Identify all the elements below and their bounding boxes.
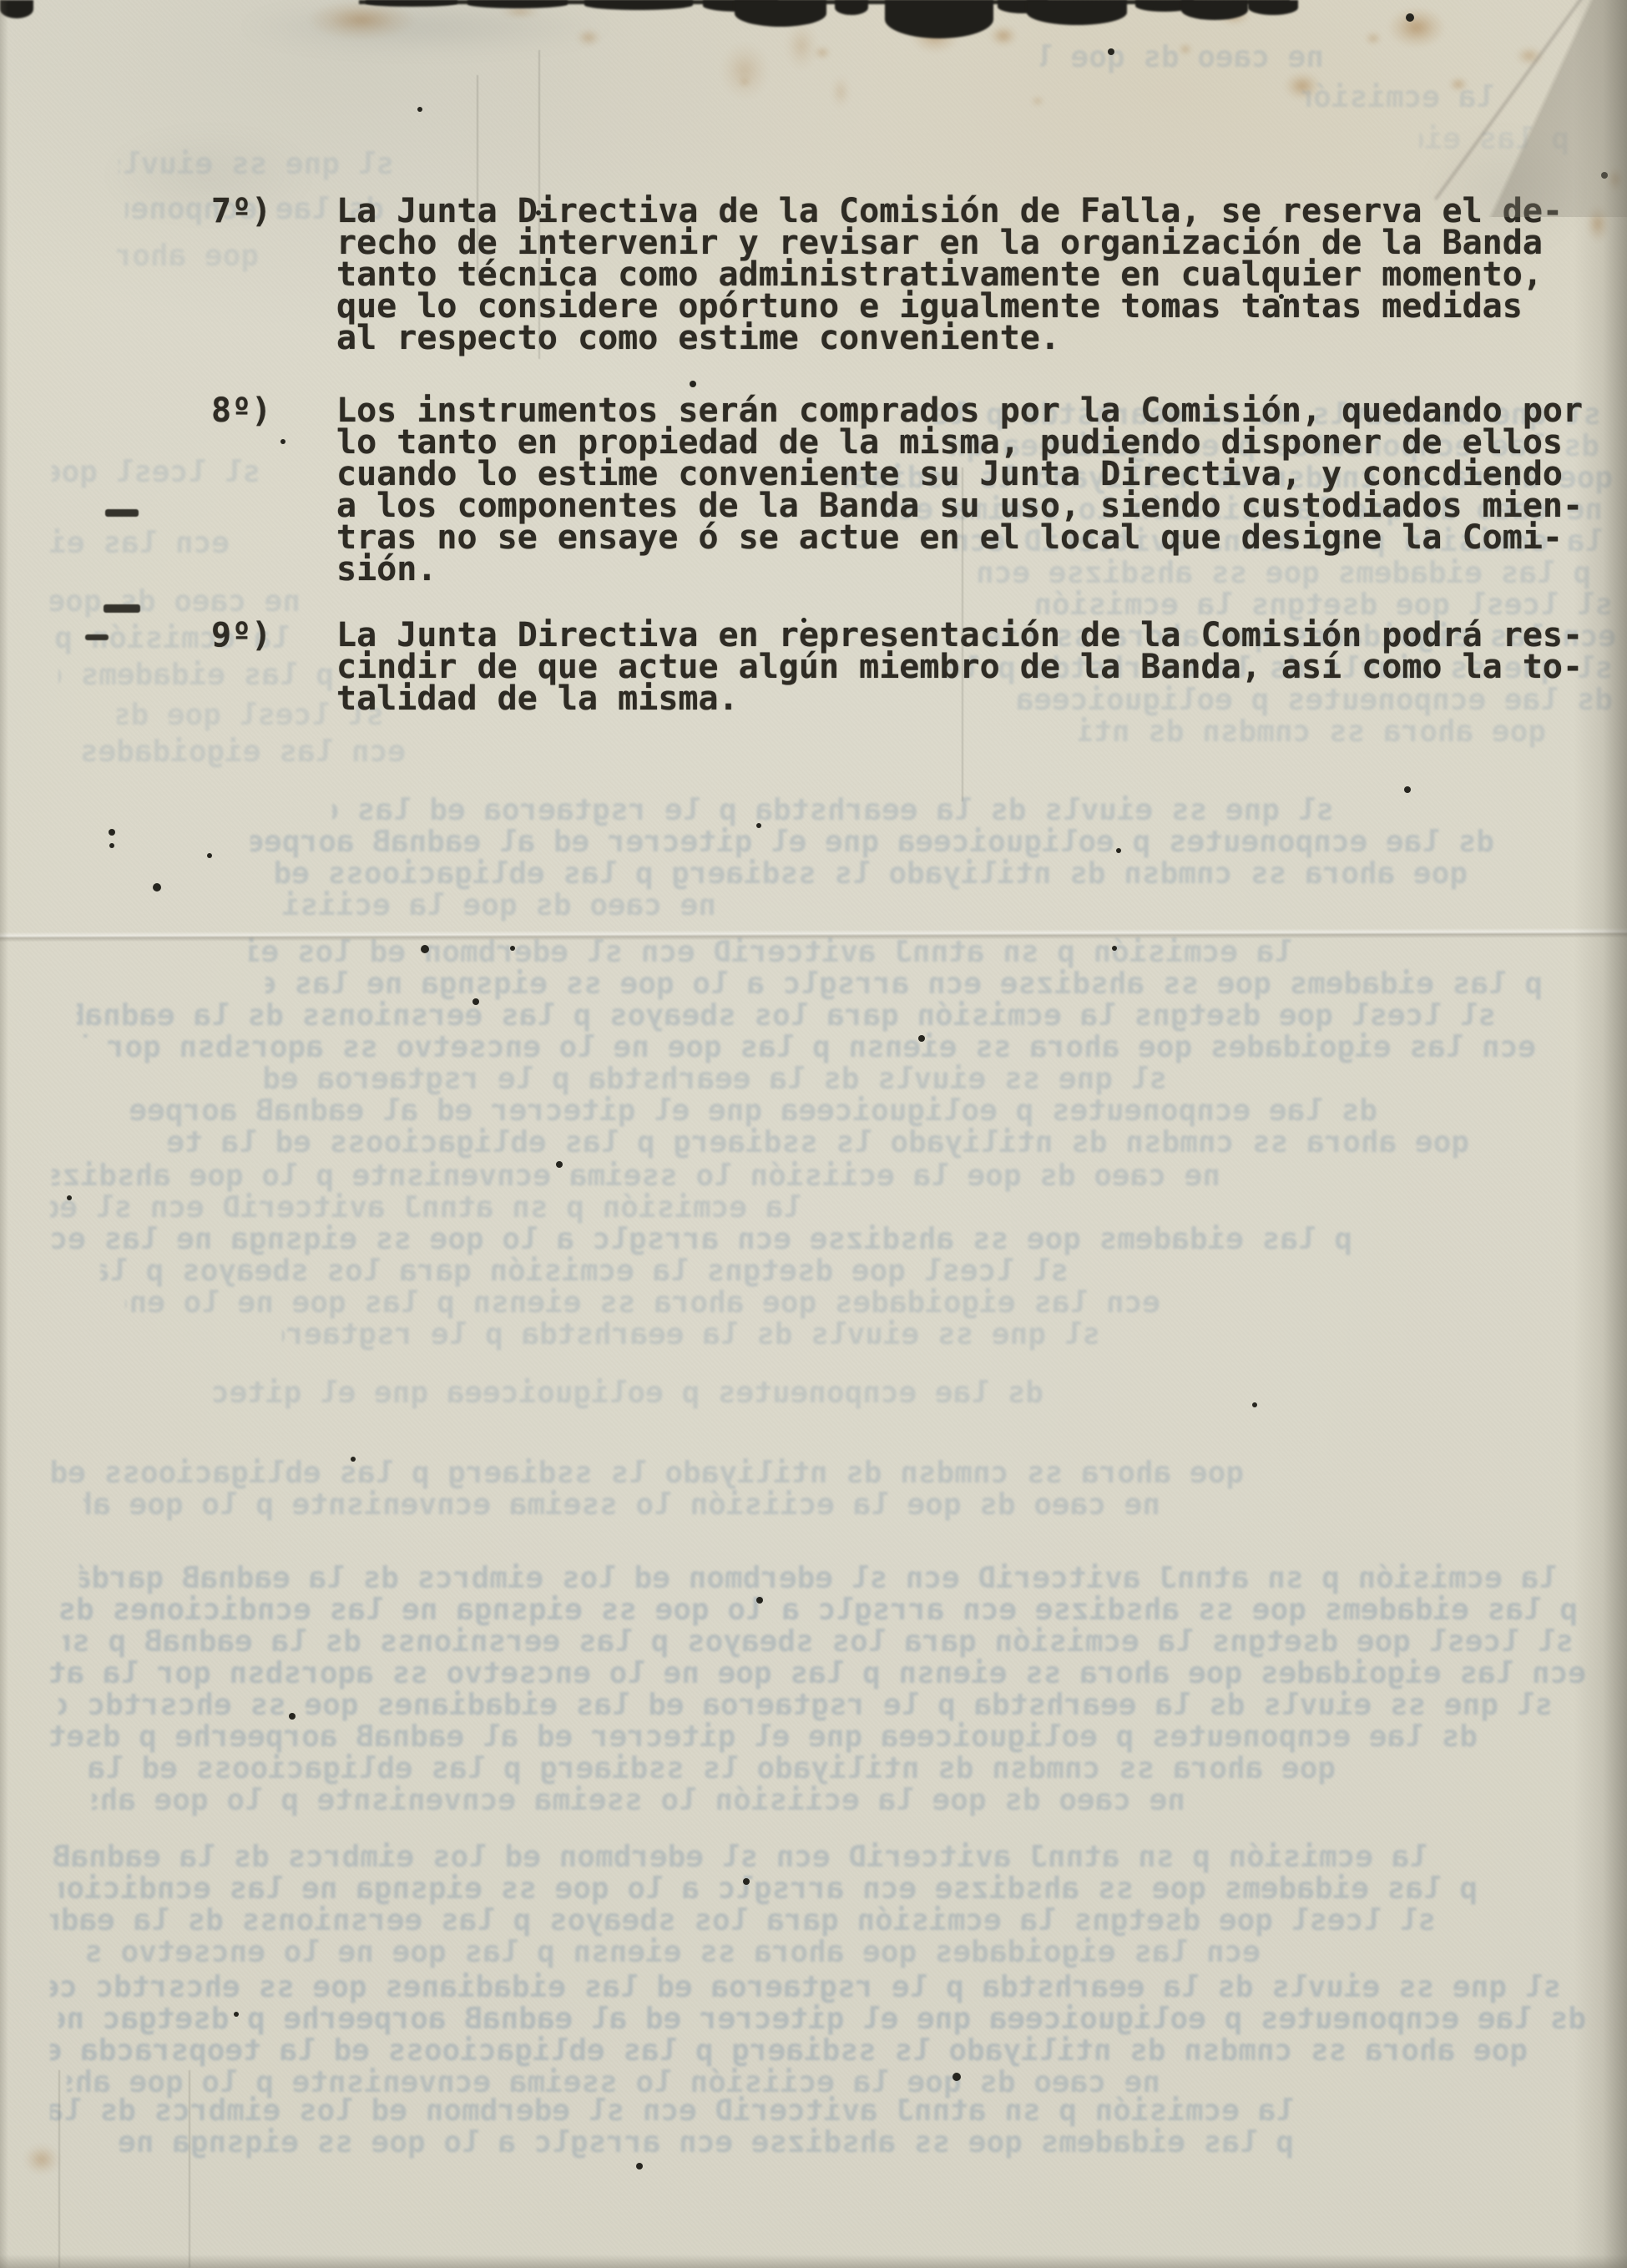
scan-vignette [0,0,1627,2268]
document-page: sl qne ss eiuvls ds la eearhstda p le rs… [0,0,1627,2268]
edge-artifacts-layer [0,0,1627,2268]
